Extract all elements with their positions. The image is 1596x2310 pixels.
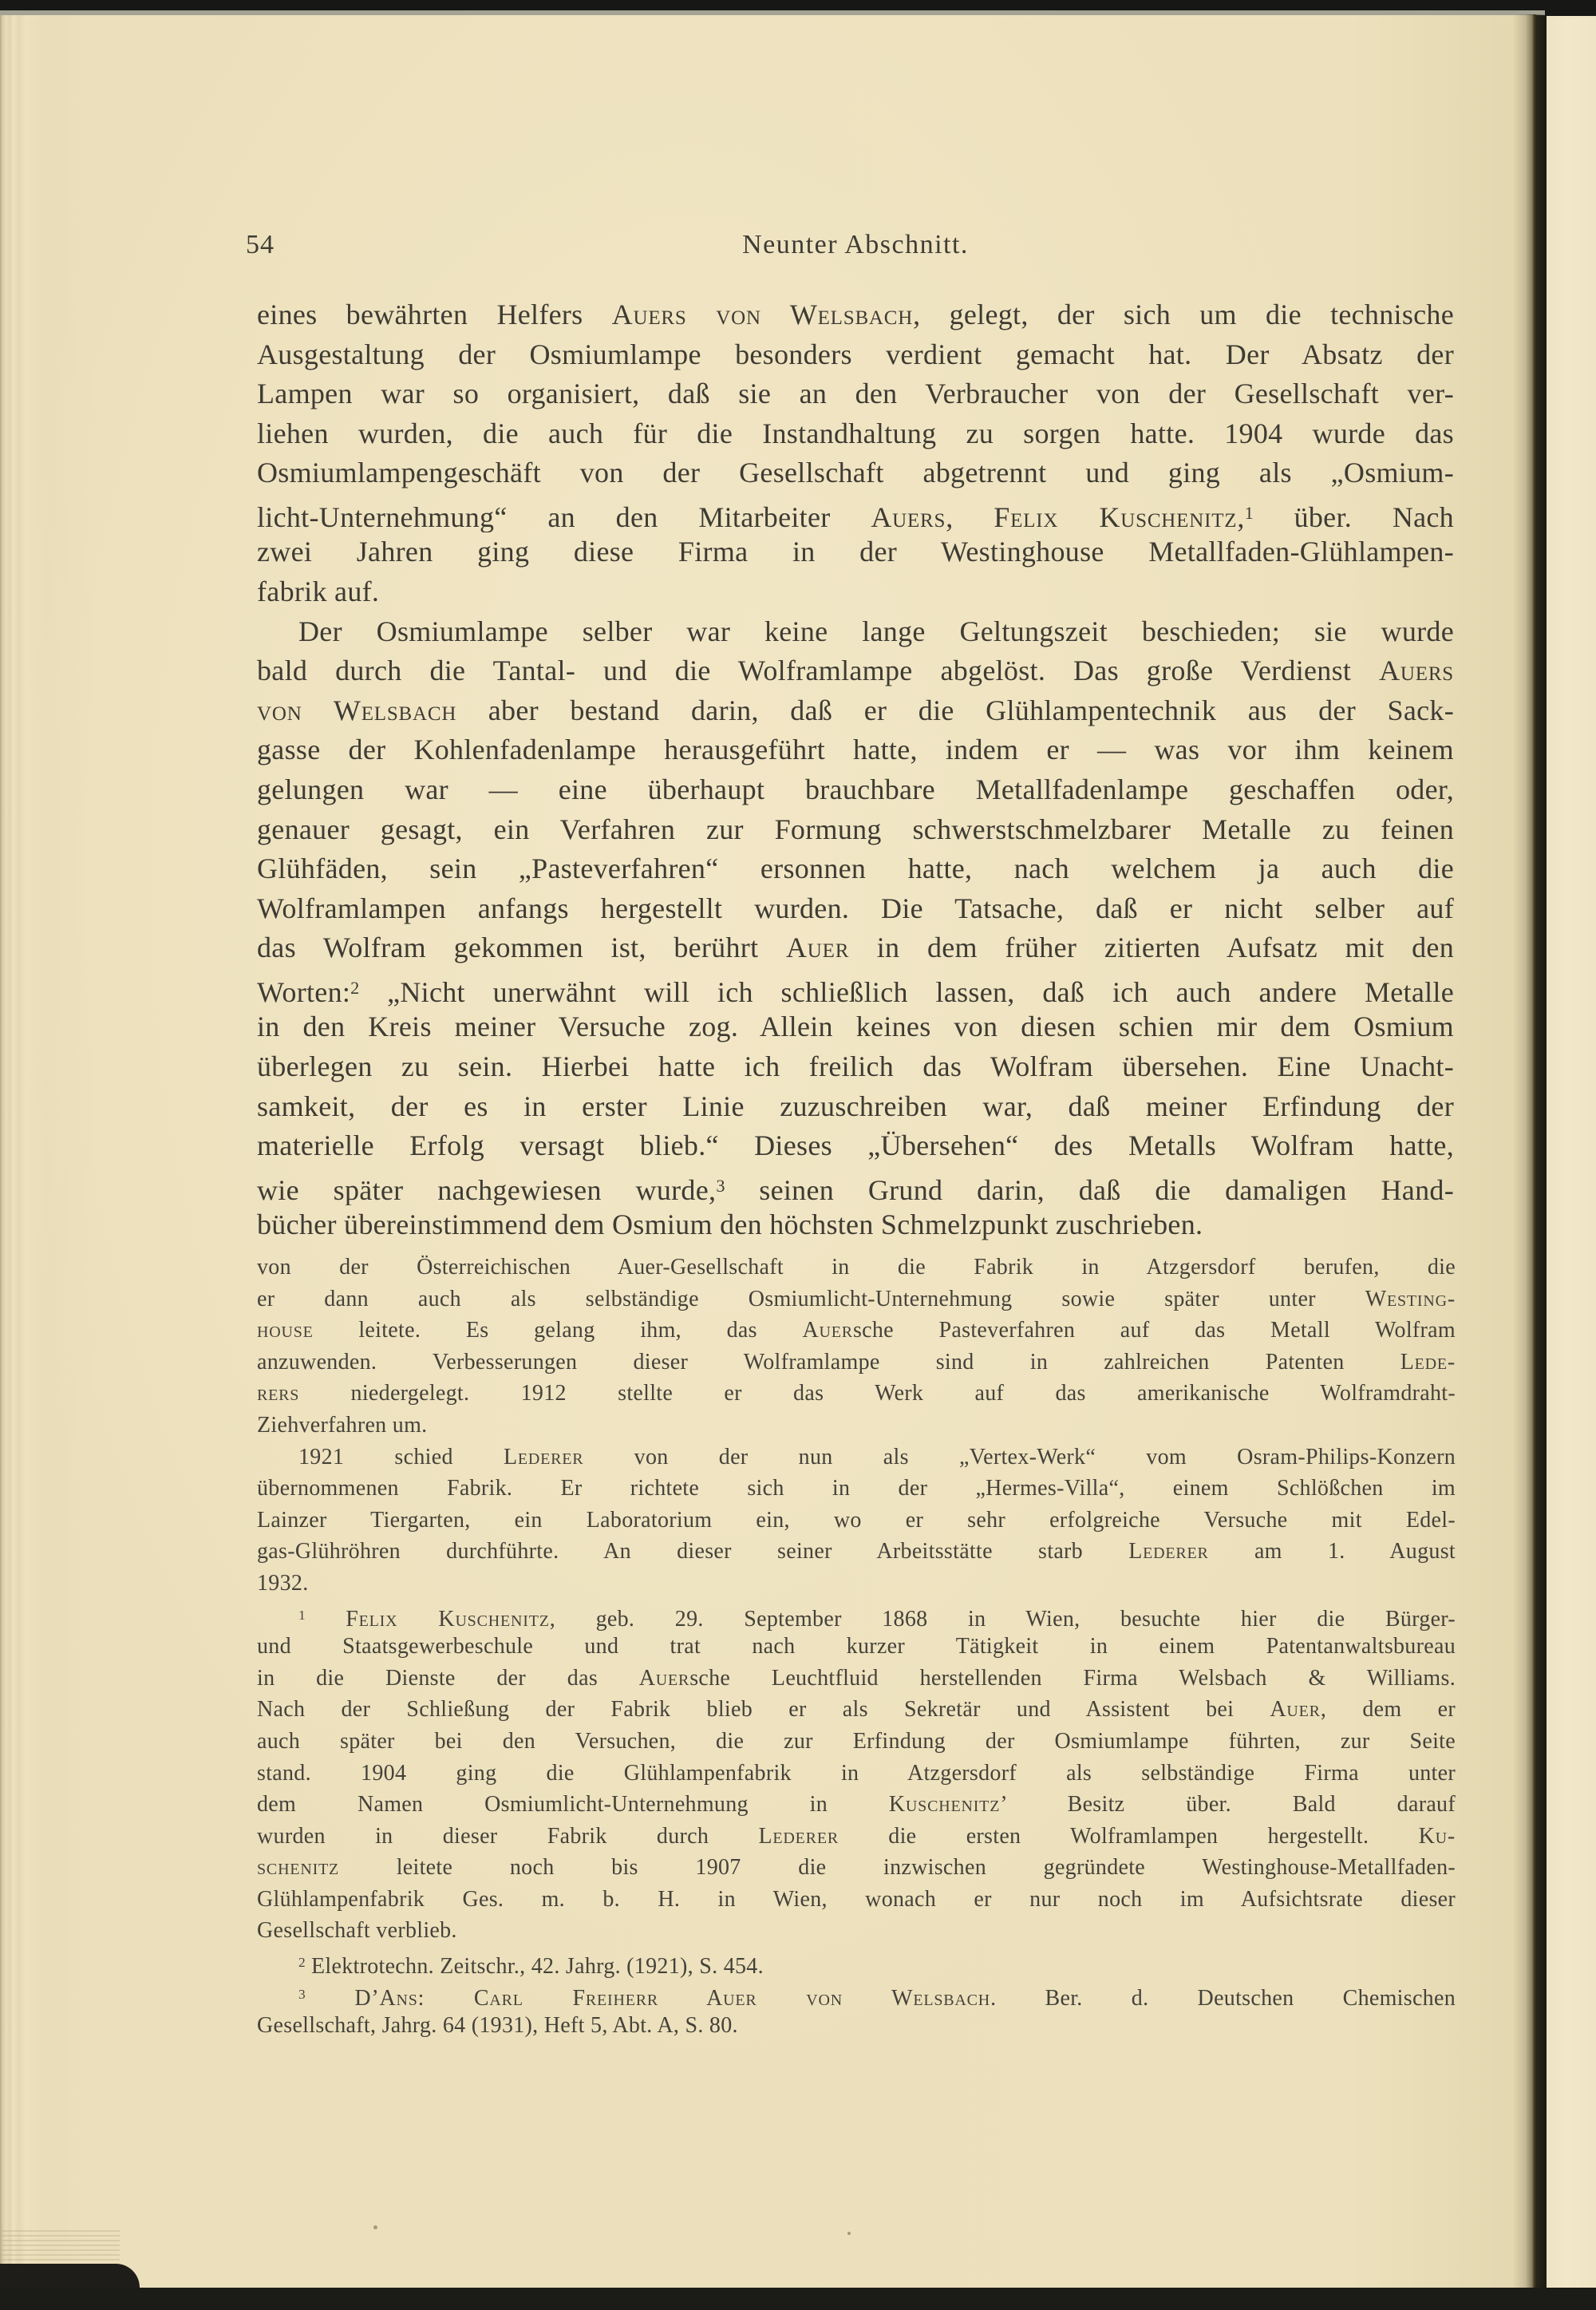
body-line: das Wolfram gekommen ist, berührt Auer i… bbox=[257, 928, 1454, 968]
body-line: von Welsbach aber bestand darin, daß er … bbox=[257, 691, 1454, 731]
body-line: Der Osmiumlampe selber war keine lange G… bbox=[257, 612, 1454, 652]
footnote-line: house leitete. Es gelang ihm, das Auersc… bbox=[257, 1315, 1456, 1347]
body-line: fabrik auf. bbox=[257, 572, 1454, 612]
footnote-line: Ziehverfahren um. bbox=[257, 1410, 1456, 1442]
footnote-line: 1921 schied Lederer von der nun als „Ver… bbox=[257, 1442, 1456, 1473]
footnote-line: in die Dienste der das Auersche Leuchtfl… bbox=[257, 1663, 1456, 1695]
page-header: 54 Neunter Abschnitt. bbox=[257, 230, 1454, 267]
page-edge-stack-bottom bbox=[0, 2227, 120, 2267]
body-line: in den Kreis meiner Versuche zog. Allein… bbox=[257, 1007, 1454, 1047]
body-line: Ausgestaltung der Osmiumlampe besonders … bbox=[257, 335, 1454, 375]
footnote-line: 2 Elektrotechn. Zeitschr., 42. Jahrg. (1… bbox=[257, 1947, 1456, 1979]
footnote-line: von der Österreichischen Auer-Gesellscha… bbox=[257, 1252, 1456, 1284]
footnote-line: Nach der Schließung der Fabrik blieb er … bbox=[257, 1694, 1456, 1726]
body-line: bald durch die Tantal- und die Wolframla… bbox=[257, 651, 1454, 691]
footnote-line: gas-Glühröhren durchführte. An dieser se… bbox=[257, 1536, 1456, 1568]
body-line: überlegen zu sein. Hierbei hatte ich fre… bbox=[257, 1047, 1454, 1087]
body-line: Osmiumlampengeschäft von der Gesellschaf… bbox=[257, 453, 1454, 493]
footnote-line: Lainzer Tiergarten, ein Laboratorium ein… bbox=[257, 1505, 1456, 1537]
footnote-text: von der Österreichischen Auer-Gesellscha… bbox=[257, 1252, 1456, 2042]
body-line: bücher übereinstimmend dem Osmium den hö… bbox=[257, 1205, 1454, 1245]
footnote-line: auch später bei den Versuchen, die zur E… bbox=[257, 1726, 1456, 1758]
footnote-line: und Staatsgewerbeschule und trat nach ku… bbox=[257, 1631, 1456, 1663]
body-line: Worten:2 „Nicht unerwähnt will ich schli… bbox=[257, 968, 1454, 1008]
paper-speck bbox=[847, 2232, 851, 2235]
footnote-line: schenitz leitete noch bis 1907 die inzwi… bbox=[257, 1852, 1456, 1884]
body-line: licht-Unternehmung“ an den Mitarbeiter A… bbox=[257, 493, 1454, 533]
scan-edge-rule bbox=[0, 10, 1545, 15]
footnote-line: Gesellschaft verblieb. bbox=[257, 1915, 1456, 1947]
scan-frame-bottom bbox=[0, 2288, 1596, 2310]
body-line: materielle Erfolg versagt blieb.“ Dieses… bbox=[257, 1126, 1454, 1166]
footnote-line: wurden in dieser Fabrik durch Lederer di… bbox=[257, 1821, 1456, 1853]
footnote-line: dem Namen Osmiumlicht-Unternehmung in Ku… bbox=[257, 1789, 1456, 1821]
body-line: samkeit, der es in erster Linie zuzuschr… bbox=[257, 1087, 1454, 1127]
body-line: Wolframlampen anfangs hergestellt wurden… bbox=[257, 889, 1454, 929]
body-text: eines bewährten Helfers Auers von Welsba… bbox=[257, 295, 1454, 1245]
body-line: zwei Jahren ging diese Firma in der West… bbox=[257, 532, 1454, 572]
body-line: Glühfäden, sein „Pasteverfahren“ ersonne… bbox=[257, 849, 1454, 889]
facing-page-edge bbox=[1547, 16, 1596, 2288]
page-edge-stack-left bbox=[0, 14, 46, 2288]
body-line: eines bewährten Helfers Auers von Welsba… bbox=[257, 295, 1454, 335]
footnote-line: Gesellschaft, Jahrg. 64 (1931), Heft 5, … bbox=[257, 2010, 1456, 2042]
body-line: liehen wurden, die auch für die Instandh… bbox=[257, 414, 1454, 454]
body-line: genauer gesagt, ein Verfahren zur Formun… bbox=[257, 810, 1454, 850]
footnote-line: rers niedergelegt. 1912 stellte er das W… bbox=[257, 1378, 1456, 1410]
footnote-line: stand. 1904 ging die Glühlampenfabrik in… bbox=[257, 1758, 1456, 1790]
footnote-line: 1932. bbox=[257, 1568, 1456, 1600]
body-line: gelungen war — eine überhaupt brauchbare… bbox=[257, 770, 1454, 810]
footnote-line: 1 Felix Kuschenitz, geb. 29. September 1… bbox=[257, 1600, 1456, 1632]
body-line: wie später nachgewiesen wurde,3 seinen G… bbox=[257, 1166, 1454, 1206]
body-line: Lampen war so organisiert, daß sie an de… bbox=[257, 374, 1454, 414]
footnote-line: übernommenen Fabrik. Er richtete sich in… bbox=[257, 1473, 1456, 1505]
footnote-line: Glühlampenfabrik Ges. m. b. H. in Wien, … bbox=[257, 1884, 1456, 1916]
body-line: gasse der Kohlenfadenlampe herausgeführt… bbox=[257, 730, 1454, 770]
scanned-book-page: { "page": { "number": "54", "running_tit… bbox=[0, 0, 1596, 2310]
footnote-line: anzuwenden. Verbesserungen dieser Wolfra… bbox=[257, 1347, 1456, 1378]
running-title: Neunter Abschnitt. bbox=[257, 230, 1454, 260]
paper-speck bbox=[373, 2225, 377, 2229]
footnote-line: 3 D’Ans: Carl Freiherr Auer von Welsbach… bbox=[257, 1979, 1456, 2011]
footnote-line: er dann auch als selbständige Osmiumlich… bbox=[257, 1284, 1456, 1315]
